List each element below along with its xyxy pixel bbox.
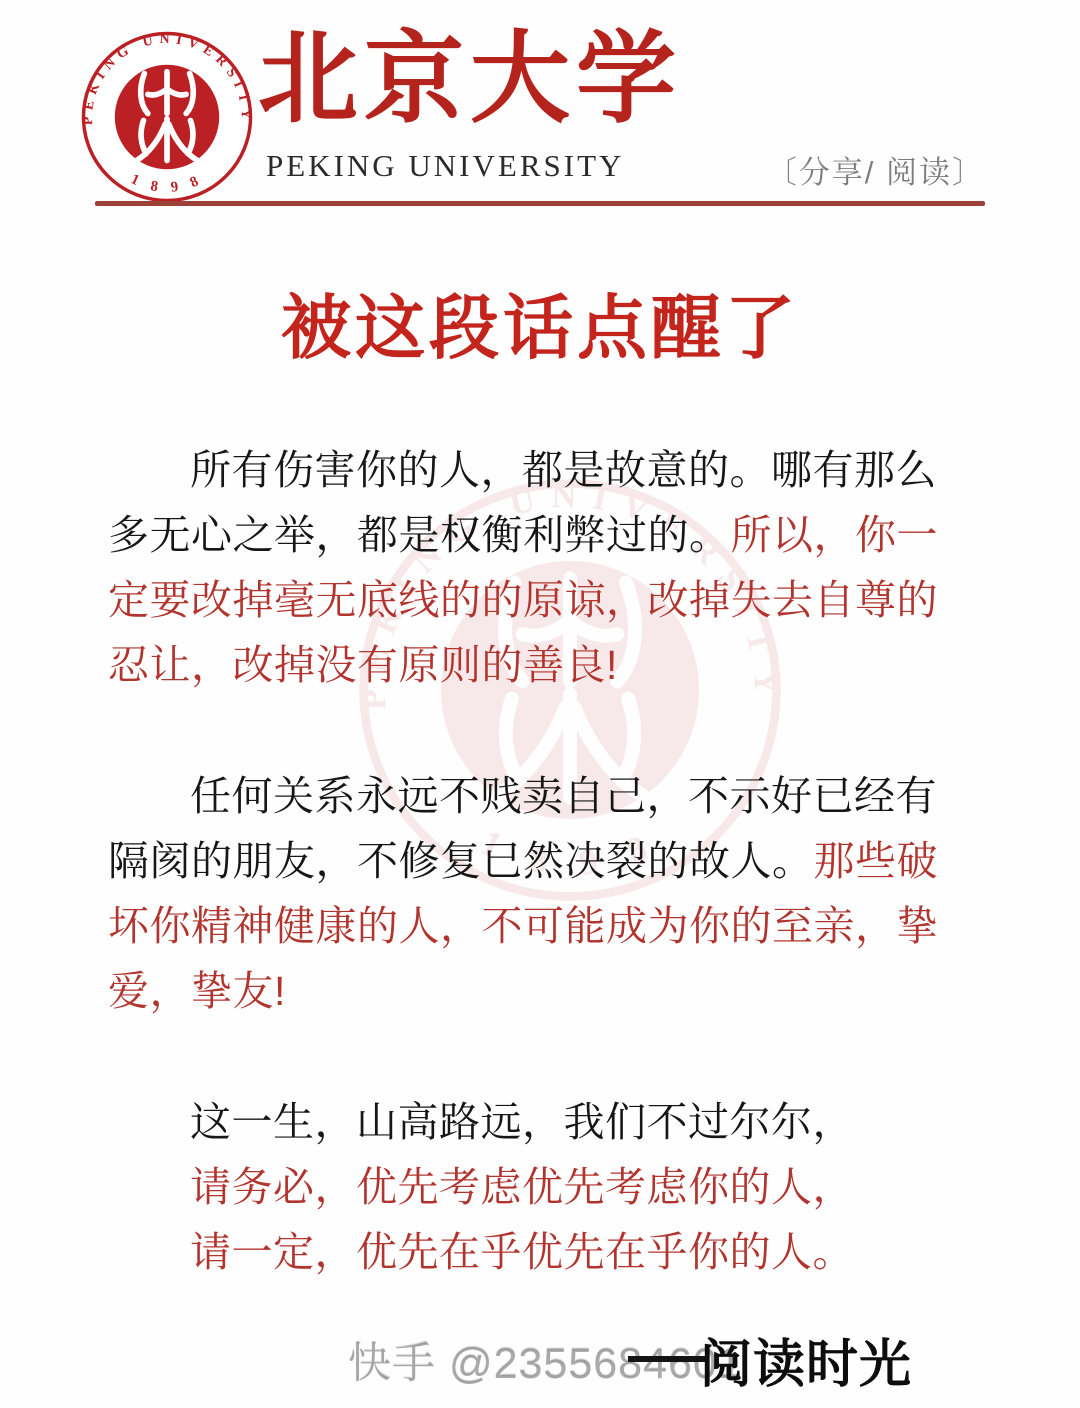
p3-line2-text: 请务必，优先考虑优先考虑你的人， bbox=[190, 1164, 854, 1210]
paragraph-2: 任何关系永远不贱卖自己，不示好已经有 隔阂的朋友，不修复已然决裂的故人。那些破 … bbox=[108, 764, 988, 1024]
p3-line1-text: 这一生，山高路远，我们不过尔尔， bbox=[190, 1099, 854, 1145]
paragraph-1: 所有伤害你的人，都是故意的。哪有那么 多无心之举，都是权衡利弊过的。所以，你一 … bbox=[108, 438, 988, 698]
p2-line2-red-text: 那些破 bbox=[814, 838, 939, 884]
p1-line2: 多无心之举，都是权衡利弊过的。所以，你一 bbox=[108, 503, 988, 568]
article-body: 所有伤害你的人，都是故意的。哪有那么 多无心之举，都是权衡利弊过的。所以，你一 … bbox=[108, 438, 988, 1351]
p2-line2: 隔阂的朋友，不修复已然决裂的故人。那些破 bbox=[108, 829, 988, 894]
p3-line2: 请务必，优先考虑优先考虑你的人， bbox=[108, 1155, 988, 1220]
p1-line4: 忍让，改掉没有原则的善良! bbox=[108, 633, 988, 698]
p2-line2-black-text: 隔阂的朋友，不修复已然决裂的故人。 bbox=[108, 838, 814, 884]
paragraph-3: 这一生，山高路远，我们不过尔尔， 请务必，优先考虑优先考虑你的人， 请一定，优先… bbox=[108, 1090, 988, 1285]
p2-line4: 爱，挚友! bbox=[108, 959, 988, 1024]
p1-line1-text: 所有伤害你的人，都是故意的。哪有那么 bbox=[190, 447, 937, 493]
p3-line3-text: 请一定，优先在乎优先在乎你的人。 bbox=[190, 1229, 854, 1275]
p1-line3-text: 定要改掉毫无底线的的原谅，改掉失去自尊的 bbox=[108, 577, 938, 623]
p3-line3: 请一定，优先在乎优先在乎你的人。 bbox=[108, 1220, 988, 1285]
header-divider bbox=[95, 201, 985, 206]
p2-line3-text: 坏你精神健康的人，不可能成为你的至亲，挚 bbox=[108, 903, 938, 949]
p2-line1: 任何关系永远不贱卖自己，不示好已经有 bbox=[108, 764, 988, 829]
university-name-chinese: 北京大学 bbox=[258, 18, 678, 138]
signature-reading-time: 阅读时光 bbox=[700, 1322, 912, 1397]
share-read-note: 〔分享/ 阅读〕 bbox=[766, 147, 985, 192]
p2-line3: 坏你精神健康的人，不可能成为你的至亲，挚 bbox=[108, 894, 988, 959]
p3-line1: 这一生，山高路远，我们不过尔尔， bbox=[108, 1090, 988, 1155]
university-name-english: PEKING UNIVERSITY bbox=[266, 148, 624, 184]
p1-line3: 定要改掉毫无底线的的原谅，改掉失去自尊的 bbox=[108, 568, 988, 633]
p2-line1-text: 任何关系永远不贱卖自己，不示好已经有 bbox=[190, 773, 937, 819]
signature-dash bbox=[628, 1356, 708, 1362]
poster-page: PEKING UNIVERSITY 1 8 9 8 bbox=[0, 0, 1080, 1408]
article-title: 被这段话点醒了 bbox=[0, 272, 1080, 373]
p2-line4-text: 爱，挚友! bbox=[108, 968, 286, 1014]
p1-line2-black-text: 多无心之举，都是权衡利弊过的。 bbox=[108, 512, 731, 558]
p1-line2-red-text: 所以，你一 bbox=[731, 512, 939, 558]
peking-university-seal-icon bbox=[80, 30, 254, 204]
p1-line1: 所有伤害你的人，都是故意的。哪有那么 bbox=[108, 438, 988, 503]
p1-line4-text: 忍让，改掉没有原则的善良! bbox=[108, 642, 618, 688]
